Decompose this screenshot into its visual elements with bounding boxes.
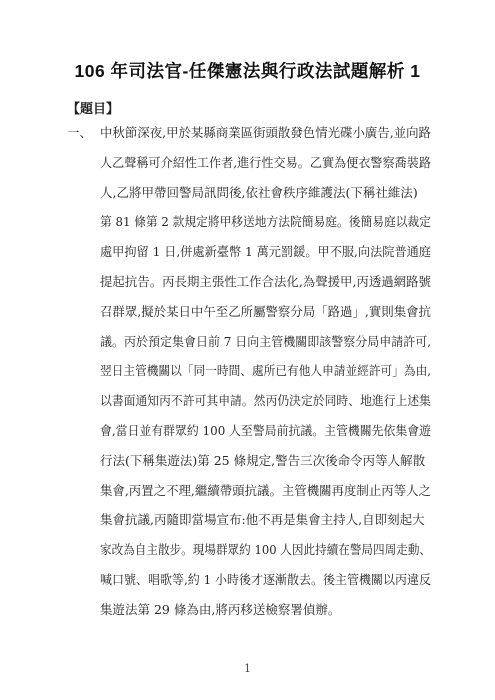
question-line: 召群眾,擬於某日中午至乙所屬警察分局「路過」,實則集會抗 [100,297,431,327]
question-line: 集會抗議,丙隨即當場宣布:他不再是集會主持人,自即刻起大 [100,505,431,535]
question-line-text: 人乙聲稱可介紹性工作者,進行性交易。乙實為便衣警察喬裝路 [100,148,431,178]
question-line: 處甲拘留 1 日,併處新臺幣 1 萬元罰鍰。甲不服,向法院普通庭 [100,237,431,267]
question-body: 一、中秋節深夜,甲於某縣商業區街頭散發色情光碟小廣告,並向路人乙聲稱可介紹性工作… [100,118,431,625]
question-line-text: 家改為自主散步。現場群眾約 100 人因此持續在警局四周走動、 [100,535,431,565]
question-line-text: 召群眾,擬於某日中午至乙所屬警察分局「路過」,實則集會抗 [100,297,431,327]
question-line-text: 行法(下稱集遊法)第 25 條規定,警告三次後命令丙等人解散 [100,446,425,476]
question-line-text: 第 81 條第 2 款規定將甲移送地方法院簡易庭。後簡易庭以裁定 [100,207,431,237]
question-line-text: 提起抗告。丙長期主張性工作合法化,為聲援甲,丙透過網路號 [100,267,431,297]
question-line: 第 81 條第 2 款規定將甲移送地方法院簡易庭。後簡易庭以裁定 [100,207,431,237]
document-title: 106 年司法官-任傑憲法與行政法試題解析 1 [0,58,495,83]
question-line-text: 議。丙於預定集會日前 7 日向主管機關即該警察分局申請許可, [100,327,431,357]
question-line-text: 處甲拘留 1 日,併處新臺幣 1 萬元罰鍰。甲不服,向法院普通庭 [100,237,431,267]
page-number: 1 [0,662,495,675]
question-line-text: 中秋節深夜,甲於某縣商業區街頭散發色情光碟小廣告,並向路 [100,118,431,148]
question-line-text: 人,乙將甲帶回警局訊問後,依社會秩序維護法(下稱社維法) [100,178,418,208]
question-line: 以書面通知丙不許可其申請。然丙仍決定於同時、地進行上述集 [100,386,431,416]
question-line: 人乙聲稱可介紹性工作者,進行性交易。乙實為便衣警察喬裝路 [100,148,431,178]
question-line-text: 以書面通知丙不許可其申請。然丙仍決定於同時、地進行上述集 [100,386,431,416]
section-heading: 【題目】 [67,98,119,117]
question-line: 喊口號、唱歌等,約 1 小時後才逐漸散去。後主管機關以丙違反 [100,565,431,595]
question-line-text: 喊口號、唱歌等,約 1 小時後才逐漸散去。後主管機關以丙違反 [100,565,431,595]
question-line: 會,當日並有群眾約 100 人至警局前抗議。主管機關先依集會遊 [100,416,431,446]
question-line-text: 集會,丙置之不理,繼續帶頭抗議。主管機關再度制止丙等人之 [100,476,431,506]
question-line: 翌日主管機關以「同一時間、處所已有他人申請並經許可」為由, [100,356,431,386]
question-line: 集遊法第 29 條為由,將丙移送檢察署偵辦。 [100,595,431,625]
question-number-marker: 一、 [67,118,100,148]
question-line-text: 集遊法第 29 條為由,將丙移送檢察署偵辦。 [100,595,340,625]
question-line: 集會,丙置之不理,繼續帶頭抗議。主管機關再度制止丙等人之 [100,476,431,506]
question-line: 家改為自主散步。現場群眾約 100 人因此持續在警局四周走動、 [100,535,431,565]
question-line-text: 會,當日並有群眾約 100 人至警局前抗議。主管機關先依集會遊 [100,416,431,446]
question-line-text: 翌日主管機關以「同一時間、處所已有他人申請並經許可」為由, [100,356,431,386]
question-line: 行法(下稱集遊法)第 25 條規定,警告三次後命令丙等人解散 [100,446,431,476]
question-line: 人,乙將甲帶回警局訊問後,依社會秩序維護法(下稱社維法) [100,178,431,208]
document-page: 106 年司法官-任傑憲法與行政法試題解析 1 【題目】 一、中秋節深夜,甲於某… [0,0,495,700]
question-line: 一、中秋節深夜,甲於某縣商業區街頭散發色情光碟小廣告,並向路 [100,118,431,148]
question-line-text: 集會抗議,丙隨即當場宣布:他不再是集會主持人,自即刻起大 [100,505,425,535]
question-line: 提起抗告。丙長期主張性工作合法化,為聲援甲,丙透過網路號 [100,267,431,297]
question-line: 議。丙於預定集會日前 7 日向主管機關即該警察分局申請許可, [100,327,431,357]
